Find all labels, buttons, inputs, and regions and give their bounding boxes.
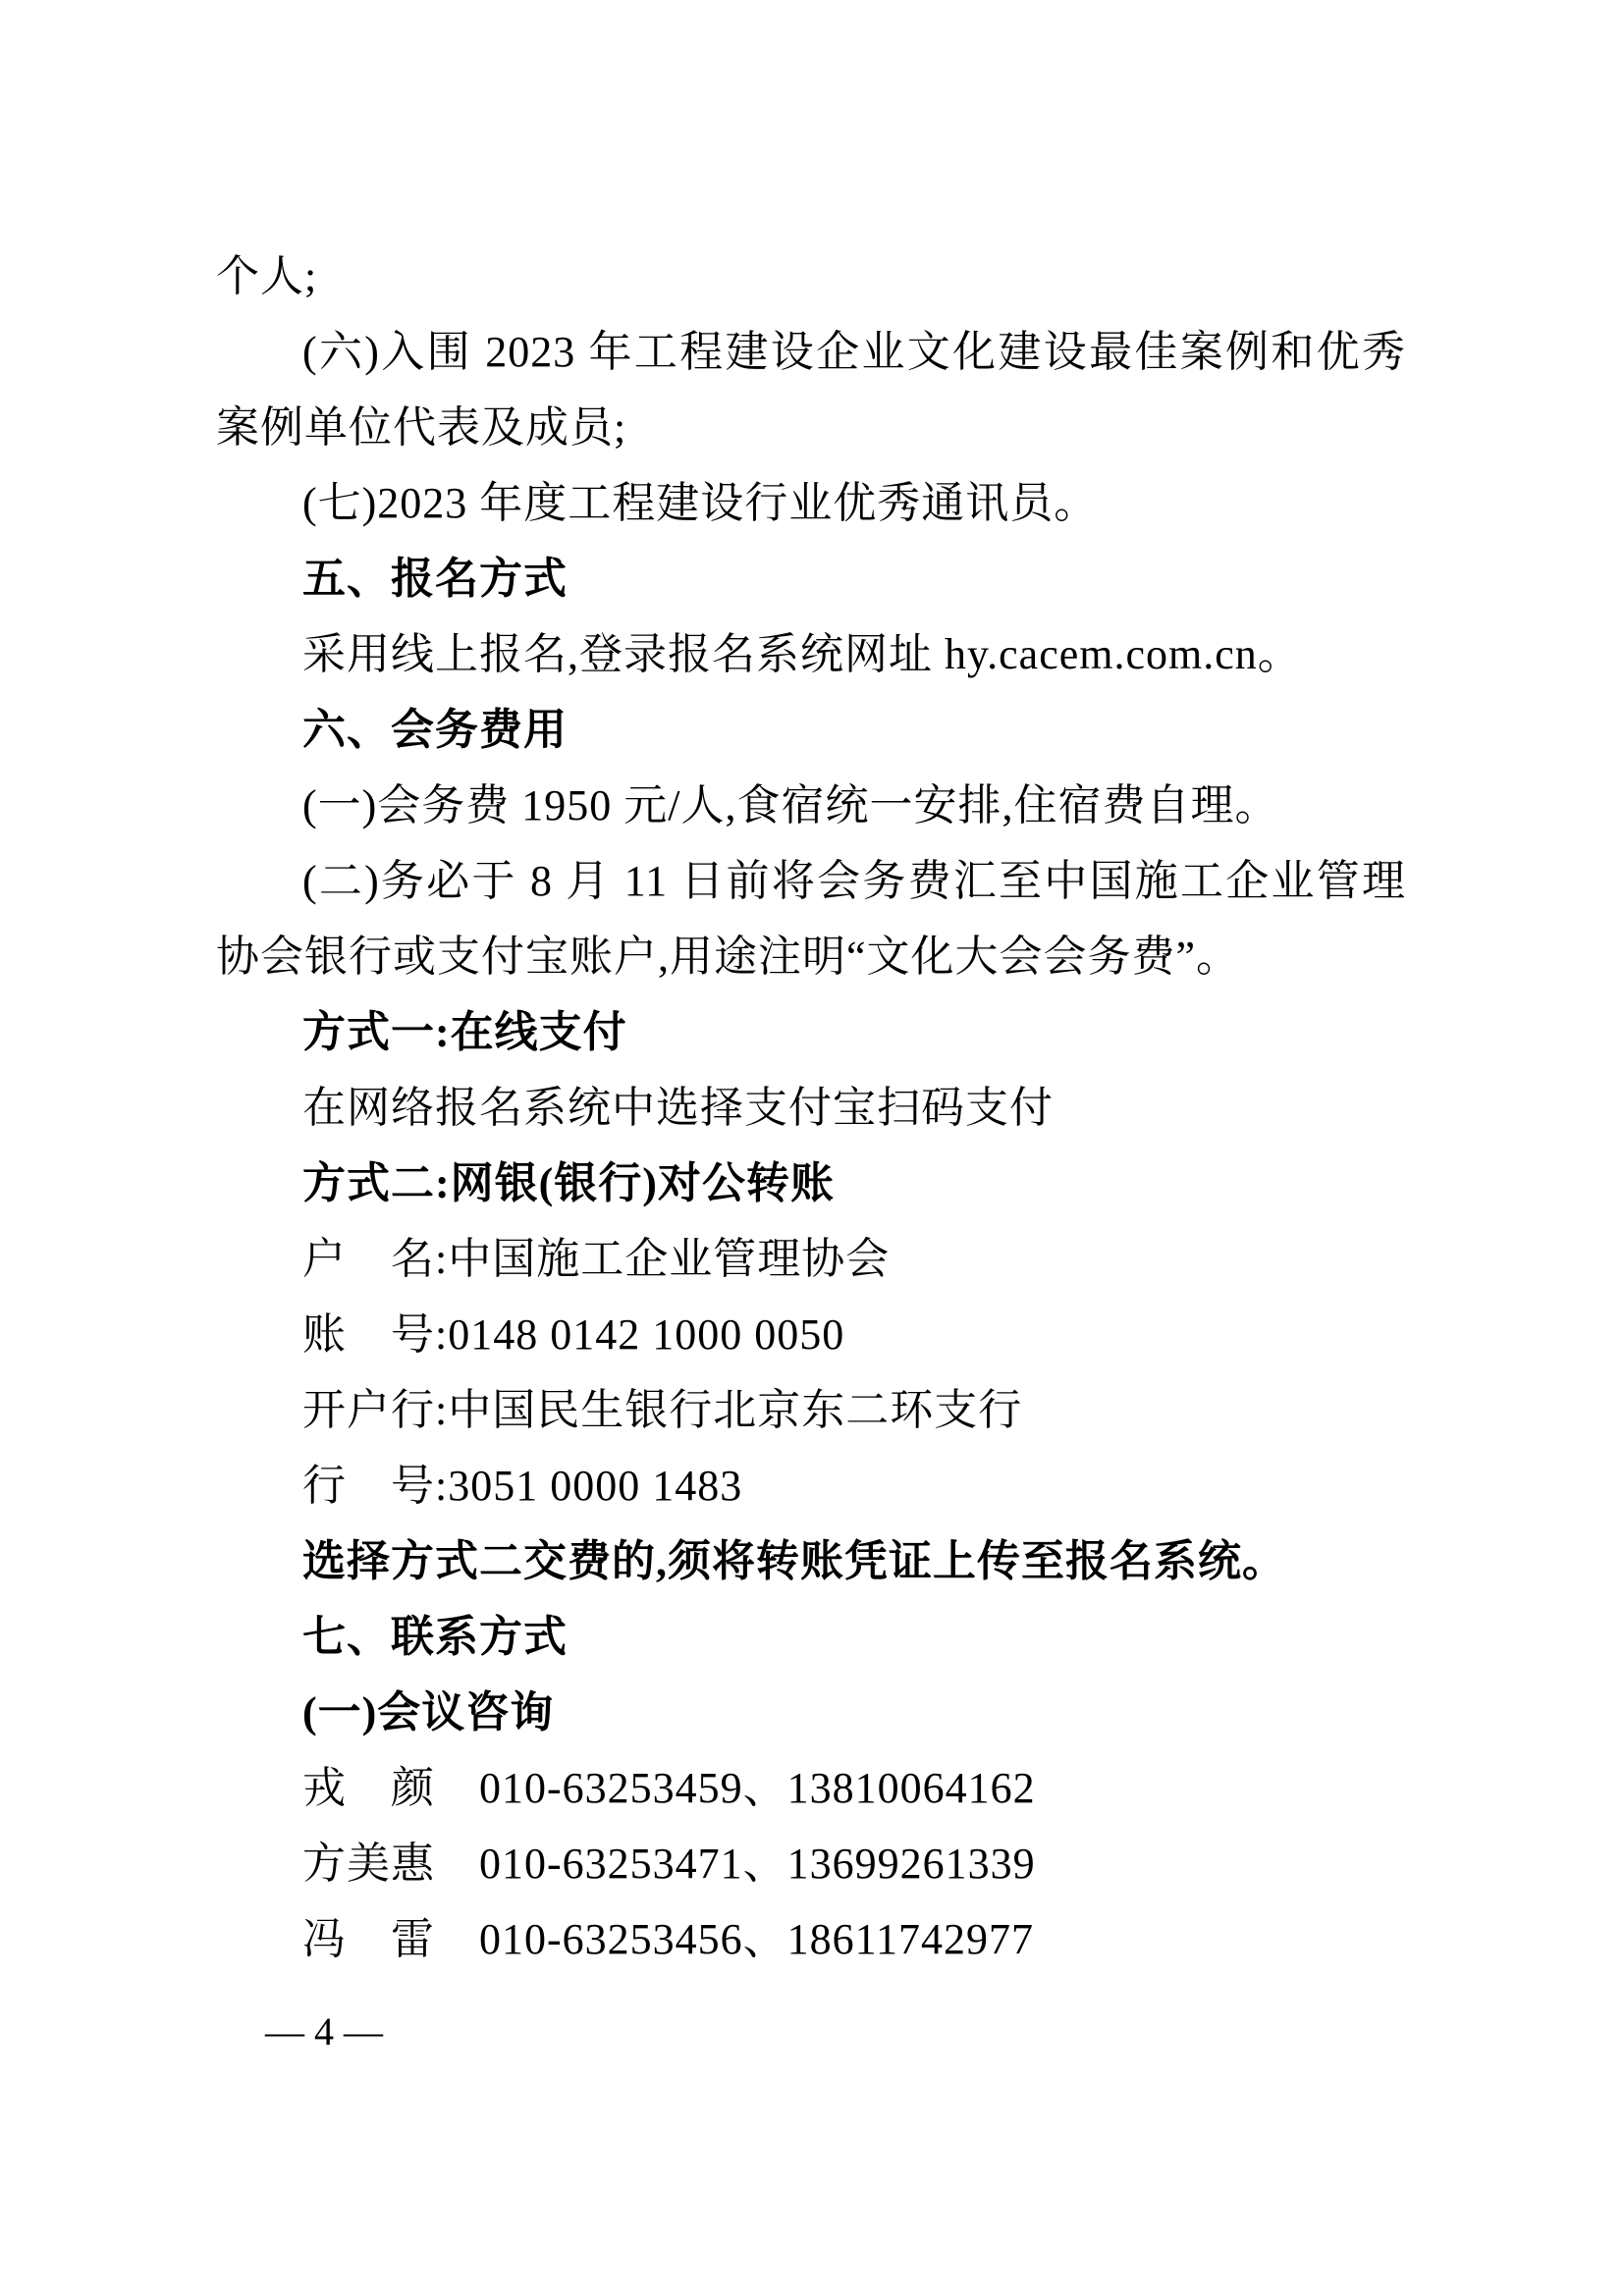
para-fee-item-1: (一)会务费 1950 元/人,食宿统一安排,住宿费自理。 [216, 768, 1406, 843]
para-method-1-description: 在网络报名系统中选择支付宝扫码支付 [216, 1070, 1406, 1146]
heading-section-7-contact: 七、联系方式 [216, 1599, 1406, 1675]
heading-section-5-signup: 五、报名方式 [216, 541, 1406, 616]
document-page: 个人; (六)入围 2023 年工程建设企业文化建设最佳案例和优秀案例单位代表及… [0, 0, 1624, 2296]
subheading-meeting-consult: (一)会议咨询 [216, 1675, 1406, 1750]
para-contact-3: 冯 雷 010-63253456、18611742977 [216, 1901, 1406, 1977]
subheading-payment-method-1: 方式一:在线支付 [216, 994, 1406, 1070]
document-content: 个人; (六)入围 2023 年工程建设企业文化建设最佳案例和优秀案例单位代表及… [216, 239, 1406, 1977]
para-continuation: 个人; [216, 239, 1406, 314]
para-account-name: 户 名:中国施工企业管理协会 [216, 1221, 1406, 1297]
para-item-7: (七)2023 年度工程建设行业优秀通讯员。 [216, 465, 1406, 541]
heading-section-6-fees: 六、会务费用 [216, 692, 1406, 768]
para-registration-method: 采用线上报名,登录报名系统网址 hy.cacem.com.cn。 [216, 616, 1406, 692]
para-contact-1: 戎 颜 010-63253459、13810064162 [216, 1750, 1406, 1826]
page-number: — 4 — [265, 2009, 383, 2054]
para-transfer-voucher-note: 选择方式二交费的,须将转账凭证上传至报名系统。 [216, 1523, 1406, 1599]
para-fee-item-2: (二)务必于 8 月 11 日前将会务费汇至中国施工企业管理协会银行或支付宝账户… [216, 843, 1406, 994]
page-footer: — 4 — [245, 2008, 403, 2056]
subheading-payment-method-2: 方式二:网银(银行)对公转账 [216, 1146, 1406, 1221]
para-contact-2: 方美惠 010-63253471、13699261339 [216, 1826, 1406, 1901]
para-account-number: 账 号:0148 0142 1000 0050 [216, 1297, 1406, 1372]
para-bank-number: 行 号:3051 0000 1483 [216, 1448, 1406, 1523]
para-bank-branch: 开户行:中国民生银行北京东二环支行 [216, 1372, 1406, 1448]
para-item-6: (六)入围 2023 年工程建设企业文化建设最佳案例和优秀案例单位代表及成员; [216, 314, 1406, 465]
